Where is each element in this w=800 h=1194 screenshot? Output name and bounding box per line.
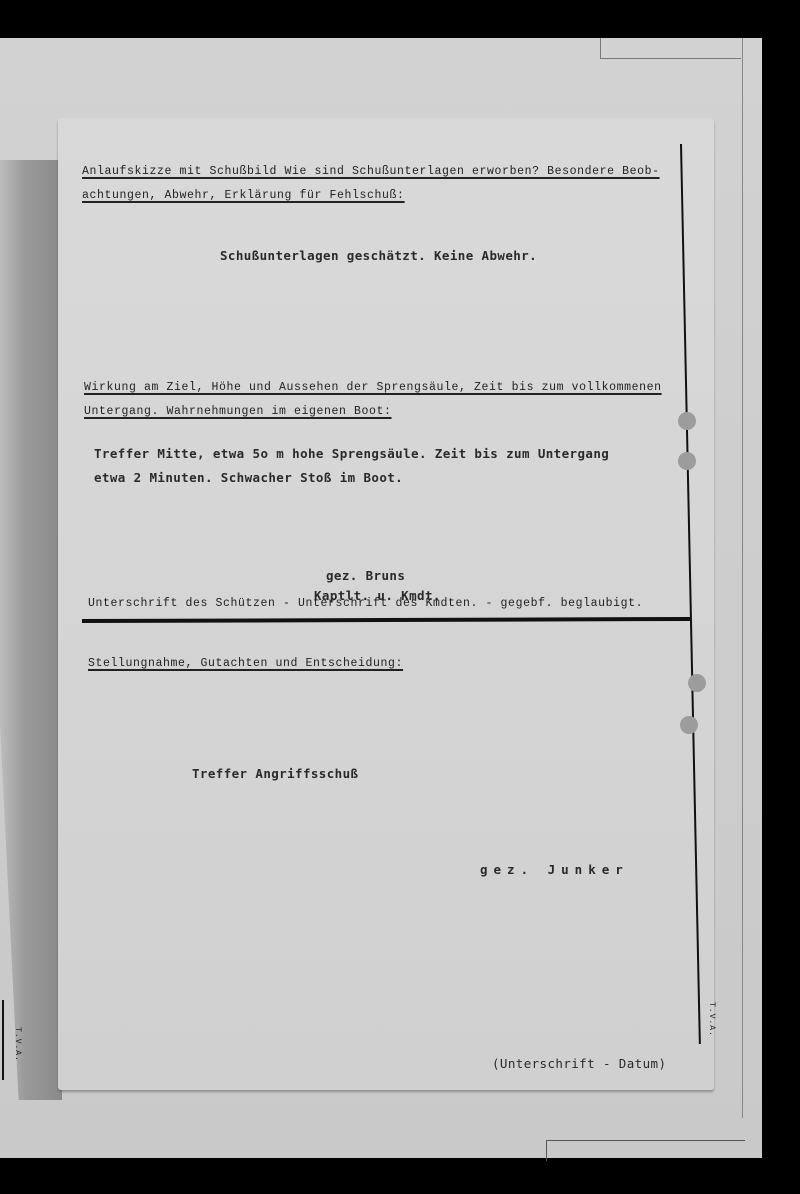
signature1-caption: Unterschrift des Schützen - Unterschrift… [88, 592, 643, 616]
punch-hole [680, 716, 698, 734]
section2-entry: Treffer Mitte, etwa 5o m hohe Sprengsäul… [94, 442, 609, 490]
section2-heading-line2: Untergang. Wahrnehmungen im eigenen Boot… [84, 405, 392, 418]
form-sheet: Anlaufskizze mit Schußbild Wie sind Schu… [58, 118, 714, 1090]
punch-hole [678, 412, 696, 430]
scan-bottom-tab [546, 1140, 745, 1161]
section2-heading: Wirkung am Ziel, Höhe und Aussehen der S… [84, 376, 662, 424]
scan-top-tab [600, 38, 741, 59]
right-margin-mark: T.V.A. [707, 1002, 716, 1037]
section3-heading-text: Stellungnahme, Gutachten und Entscheidun… [88, 657, 403, 670]
section1-entry: Schußunterlagen geschätzt. Keine Abwehr. [220, 244, 537, 268]
right-margin-rule [680, 144, 701, 1044]
left-margin-rule [2, 1000, 4, 1080]
left-margin-mark: T.V.A. [13, 1027, 22, 1062]
signature2-signed: gez. Junker [480, 858, 629, 882]
section1-heading-line1: Anlaufskizze mit Schußbild Wie sind Schu… [82, 165, 660, 178]
section2-heading-line1: Wirkung am Ziel, Höhe und Aussehen der S… [84, 381, 662, 394]
section3-entry: Treffer Angriffsschuß [192, 762, 358, 786]
section2-entry-line2: etwa 2 Minuten. Schwacher Stoß im Boot. [94, 470, 403, 485]
section3-heading: Stellungnahme, Gutachten und Entscheidun… [88, 652, 403, 676]
punch-hole [688, 674, 706, 692]
section1-heading: Anlaufskizze mit Schußbild Wie sind Schu… [82, 160, 660, 208]
signature2-caption: (Unterschrift - Datum) [492, 1052, 666, 1076]
section2-entry-line1: Treffer Mitte, etwa 5o m hohe Sprengsäul… [94, 446, 609, 461]
punch-hole [678, 452, 696, 470]
section1-heading-line2: achtungen, Abwehr, Erklärung für Fehlsch… [82, 189, 405, 202]
section-divider [82, 617, 690, 623]
scan-right-rule [742, 38, 743, 1118]
